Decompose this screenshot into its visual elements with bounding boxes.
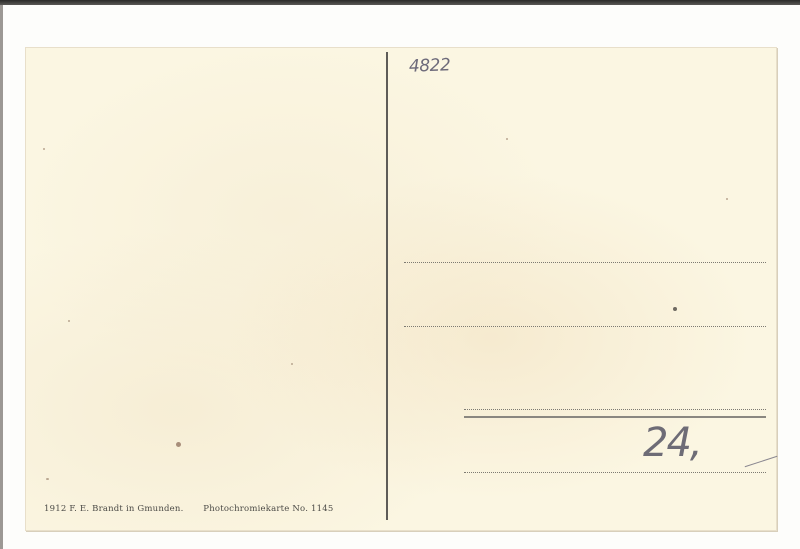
center-divider-line <box>386 52 388 520</box>
address-line-2 <box>404 326 766 327</box>
foxing-speck <box>68 320 70 322</box>
address-line-3 <box>464 409 766 410</box>
handwritten-inventory-number: 4822 <box>409 55 451 76</box>
foxing-speck <box>46 478 49 480</box>
handwritten-price: 24, <box>643 420 701 466</box>
publisher-imprint: 1912 F. E. Brandt in Gmunden. Photochrom… <box>44 504 333 514</box>
foxing-speck <box>726 198 728 200</box>
address-line-4 <box>464 472 766 473</box>
imprint-publisher: F. E. Brandt in Gmunden. <box>69 504 183 514</box>
scanner-left-edge <box>0 5 3 549</box>
scanned-postcard-image: 4822 24, 1912 F. E. Brandt in Gmunden. P… <box>0 0 800 549</box>
postcard-back: 4822 24, 1912 F. E. Brandt in Gmunden. P… <box>26 48 776 530</box>
imprint-series: Photochromiekarte No. 1145 <box>203 504 333 514</box>
imprint-year: 1912 <box>44 504 66 514</box>
handwritten-price-stroke <box>745 456 778 467</box>
address-underline-solid <box>464 416 766 418</box>
address-line-1 <box>404 262 766 263</box>
scanner-top-edge <box>0 0 800 5</box>
foxing-speck <box>291 363 293 365</box>
foxing-speck <box>176 442 181 447</box>
foxing-speck <box>673 307 677 311</box>
foxing-speck <box>506 138 508 140</box>
foxing-speck <box>43 148 45 150</box>
